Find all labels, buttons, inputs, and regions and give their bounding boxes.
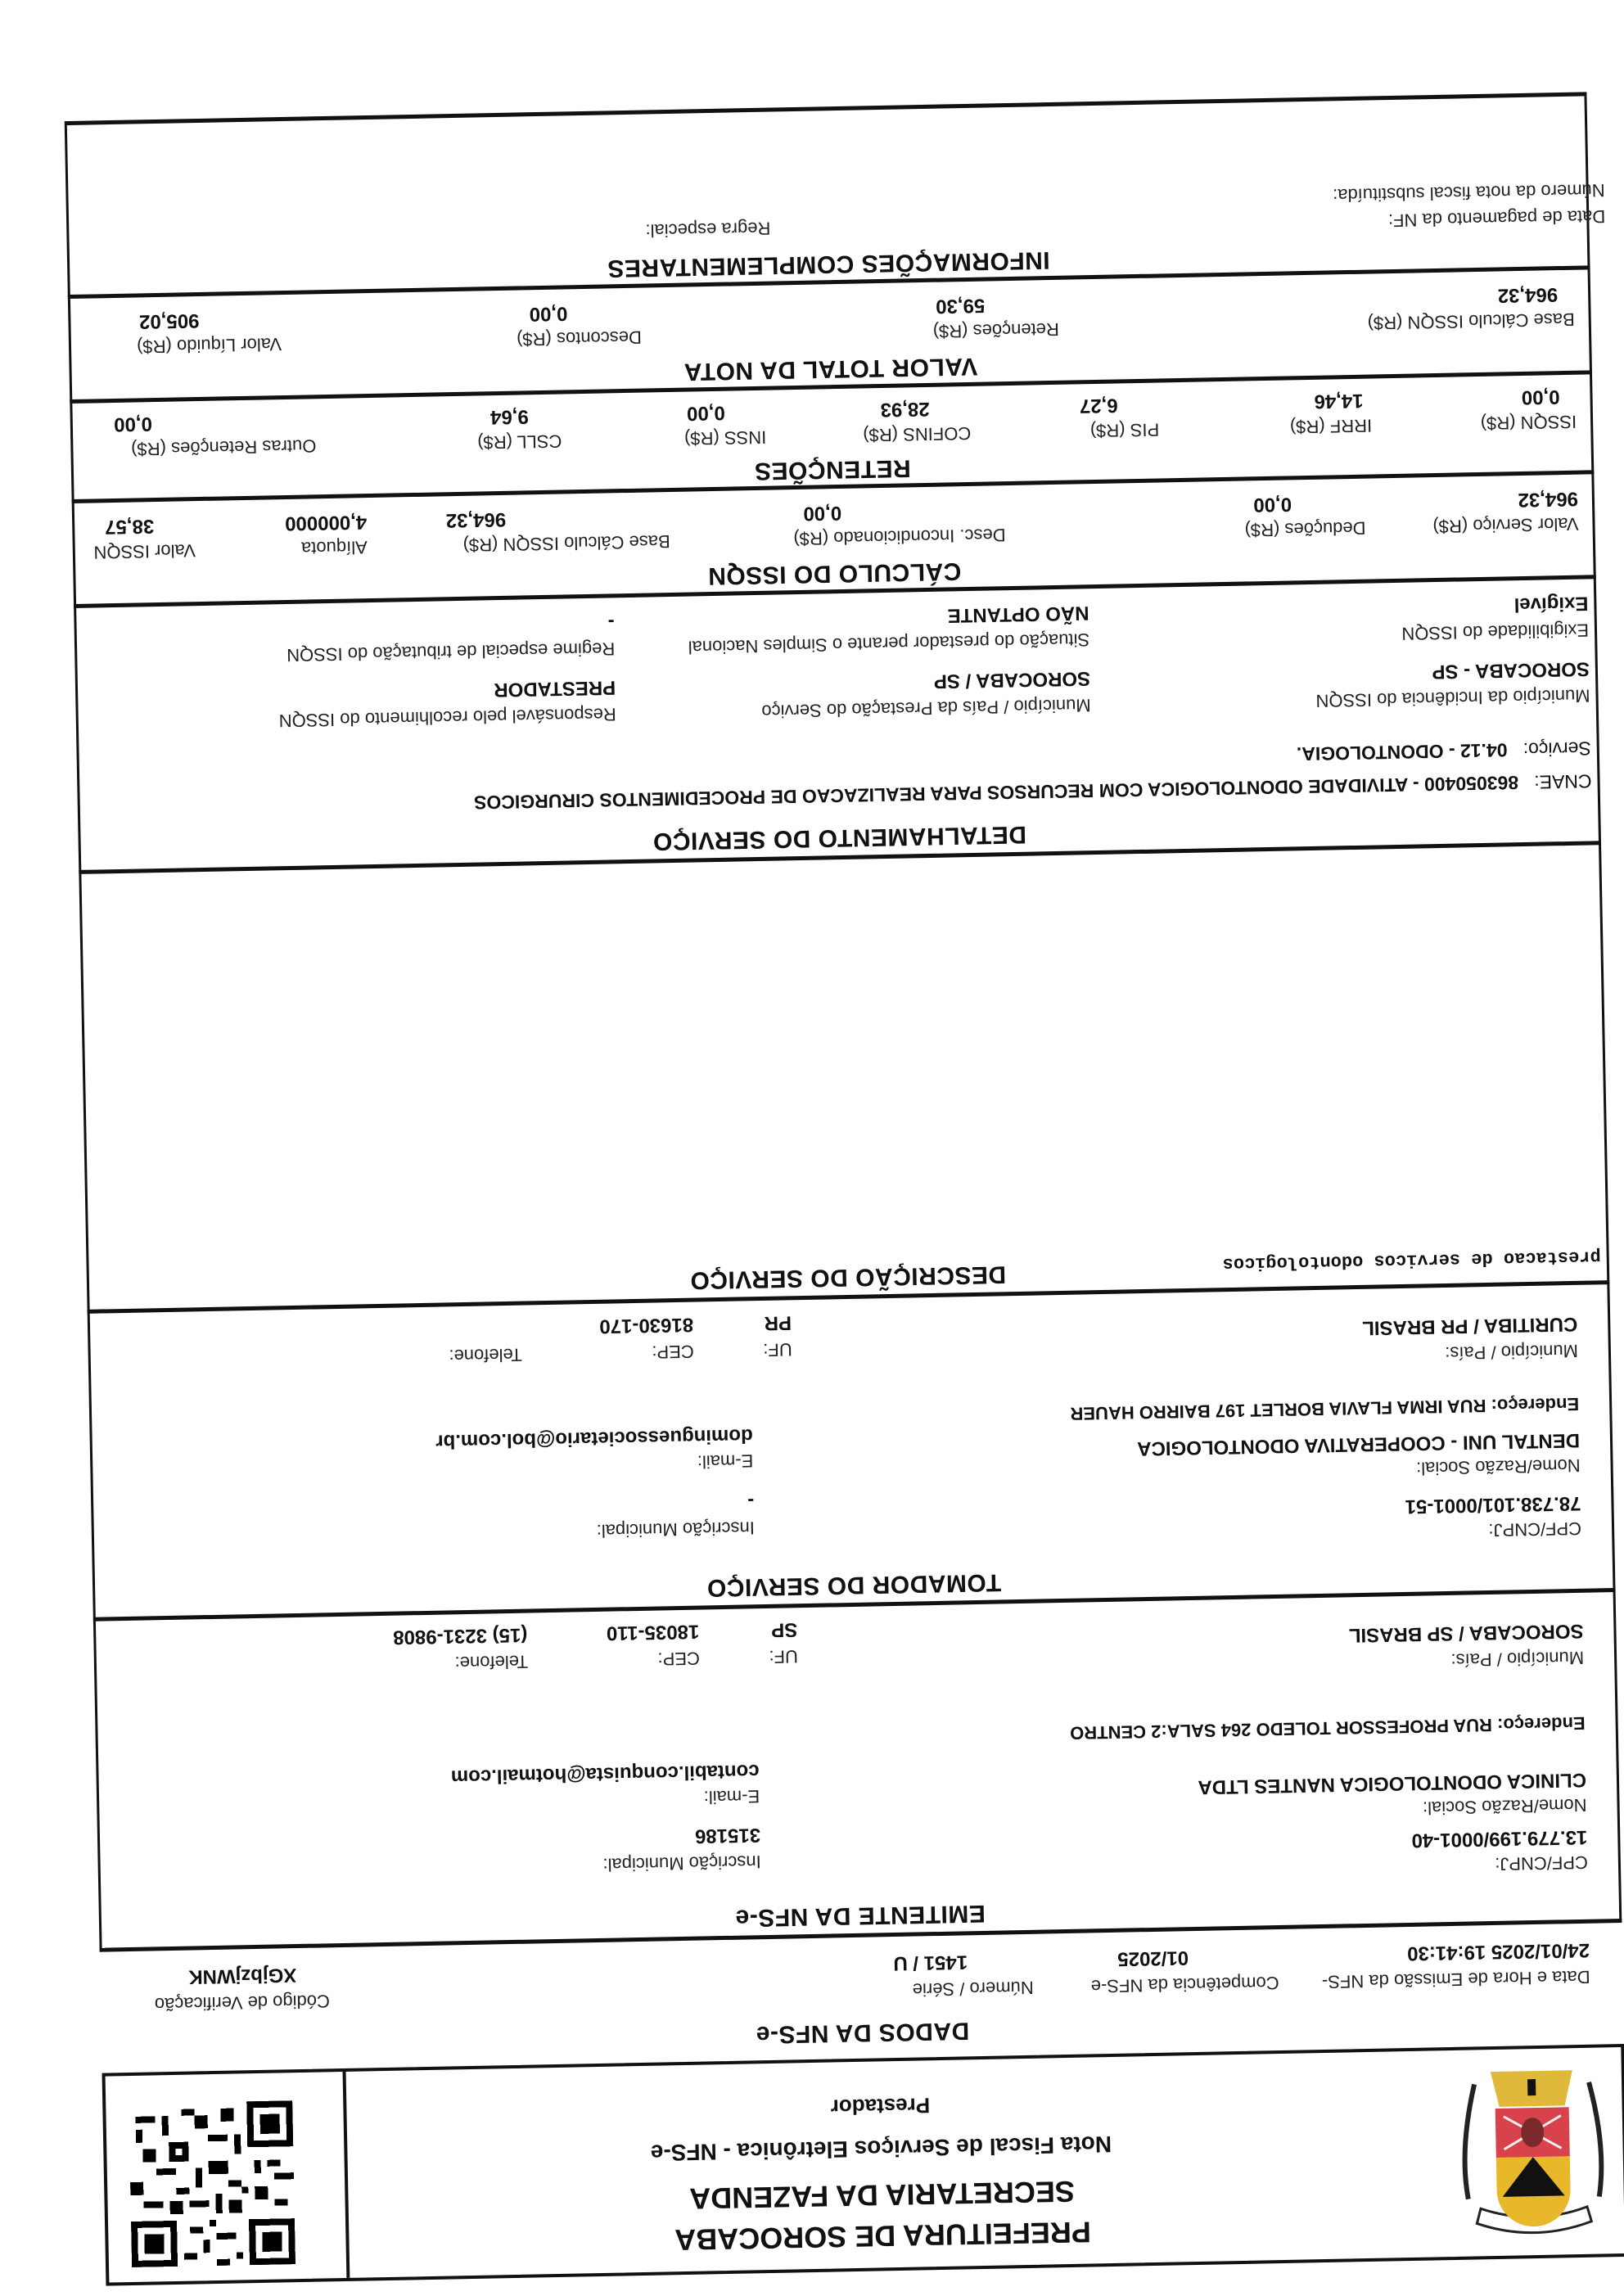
prestacao-local-value: SOROCABA / SP — [934, 666, 1091, 692]
emitente-uf-value: SP — [771, 1617, 798, 1641]
emitente-inscricao-value: 315186 — [695, 1823, 761, 1847]
responsavel-label: Responsável pelo recolhimento do ISSQN — [278, 703, 616, 731]
valor-liquido-value: 905,02 — [139, 309, 200, 332]
tomador-endereco-label: Endereço: — [1491, 1394, 1579, 1416]
emissao-value: 24/01/2025 19:41:30 — [1407, 1938, 1590, 1964]
ret-outras-label: Outras Retenções (R$) — [131, 435, 317, 459]
valor-liquido-label: Valor Líquido (R$) — [137, 333, 282, 357]
tomador-uf-value: PR — [764, 1310, 792, 1334]
scanned-page: PREFEITURA DE SOROCABA SECRETARIA DA FAZ… — [0, 0, 1624, 2296]
tomador-endereco-value: RUA IRMA FLAVIA BORLET 197 BAIRRO HAUER — [1070, 1396, 1486, 1424]
cnae-value: 863050400 - ATIVIDADE ODONTOLOGICA COM R… — [474, 772, 1519, 813]
tomador-email-value: dominguessocietario@bol.com.br — [435, 1423, 753, 1452]
emitente-email-value: contabil.conquista@hotmail.com — [451, 1759, 760, 1788]
document-role-title: Prestador — [351, 2083, 1409, 2129]
ret-issqn-label: ISSQN (R$) — [1481, 411, 1577, 434]
emitente-cnpj-value: 13.779.199/0001-40 — [1411, 1825, 1587, 1852]
data-pagamento-label: Data de pagamento da NF: — [1388, 205, 1606, 231]
document-type-title: Nota Fiscal de Serviços Eletrônica - NFS… — [352, 2125, 1410, 2172]
emitente-telefone-label: Telefone: — [454, 1651, 528, 1674]
valor-issqn-value: 38,57 — [105, 514, 155, 538]
ret-pis-value: 6,27 — [1080, 393, 1118, 417]
total-base-label: Base Cálculo ISSQN (R$) — [1367, 309, 1575, 334]
servico-label: Serviço: — [1522, 738, 1591, 760]
ret-csll-label: CSLL (R$) — [477, 431, 562, 453]
aliquota-label: Alíquota — [301, 536, 368, 559]
total-retencoes-label: Retenções (R$) — [933, 318, 1060, 342]
valor-issqn-label: Valor ISSQN — [93, 539, 196, 562]
ret-csll-value: 9,64 — [490, 404, 529, 428]
emitente-cep-label: CEP: — [657, 1648, 700, 1670]
numero-serie-label: Número / Série — [913, 1977, 1034, 2001]
tomador-inscricao-label: Inscrição Municipal: — [596, 1517, 755, 1541]
regime-especial-value: - — [607, 610, 615, 633]
simples-value: NÃO OPTANTE — [947, 601, 1089, 626]
tomador-nome-label: Nome/Razão Social: — [1416, 1455, 1581, 1479]
divider-bottom — [65, 92, 1587, 125]
emitente-nome-value: CLINICA ODONTOLOGICA NANTES LTDA — [1198, 1768, 1586, 1798]
desc-incondicionado-label: Desc. Incondicionado (R$) — [793, 524, 1006, 549]
qr-box — [106, 2072, 350, 2283]
competencia-label: Competência da NFS-e — [1091, 1972, 1279, 1996]
ret-inss-value: 0,00 — [687, 401, 725, 425]
emissao-label: Data e Hora de Emissão da NFS- — [1322, 1966, 1590, 1992]
total-descontos-value: 0,00 — [529, 301, 567, 325]
valor-servico-value: 964,32 — [1518, 487, 1578, 511]
tomador-email-label: E-mail: — [697, 1450, 754, 1472]
prestacao-local-label: Município / País da Prestação do Serviço — [761, 694, 1091, 722]
tomador-cep-value: 81630-170 — [599, 1313, 693, 1337]
emitente-municipio-label: Município / País: — [1450, 1647, 1584, 1671]
ret-cofins-value: 28,93 — [880, 397, 930, 421]
cnae-label: CNAE: — [1534, 770, 1592, 792]
qr-code-icon — [129, 2100, 295, 2267]
emitente-endereco-value: RUA PROFESSOR TOLEDO 264 SALA:2 CENTRO — [1070, 1715, 1492, 1743]
total-retencoes-value: 59,30 — [936, 294, 986, 318]
invoice-document: PREFEITURA DE SOROCABA SECRETARIA DA FAZ… — [65, 96, 1624, 2285]
invoice-header: PREFEITURA DE SOROCABA SECRETARIA DA FAZ… — [102, 2044, 1624, 2286]
responsavel-value: PRESTADOR — [494, 675, 616, 701]
tomador-cep-label: CEP: — [652, 1341, 694, 1363]
emitente-uf-label: UF: — [769, 1645, 798, 1667]
tomador-uf-label: UF: — [763, 1338, 792, 1360]
codigo-verificacao-value: XGjbzjWNK — [188, 1963, 297, 1988]
valor-servico-label: Valor Serviço (R$) — [1432, 513, 1579, 537]
emitente-cnpj-label: CPF/CNPJ: — [1495, 1852, 1588, 1874]
incidencia-value: SOROCABA - SP — [1432, 656, 1590, 683]
regime-especial-label: Regime especial de tributação do ISSQN — [286, 638, 616, 665]
tomador-inscricao-value: - — [747, 1489, 755, 1512]
tomador-cnpj-label: CPF/CNPJ: — [1488, 1518, 1581, 1540]
emitente-nome-label: Nome/Razão Social: — [1423, 1794, 1587, 1819]
emitente-telefone-value: (15) 3231-9808 — [393, 1623, 528, 1649]
tomador-endereco: Endereço: RUA IRMA FLAVIA BORLET 197 BAI… — [1070, 1393, 1579, 1424]
base-calculo-label: Base Cálculo ISSQN (R$) — [462, 530, 670, 556]
emitente-endereco: Endereço: RUA PROFESSOR TOLEDO 264 SALA:… — [1070, 1712, 1586, 1743]
ret-outras-value: 0,00 — [114, 412, 152, 435]
emitente-endereco-label: Endereço: — [1497, 1713, 1586, 1735]
nota-substituida-label: Número da nota fiscal substituída: — [1333, 179, 1605, 205]
ret-irrf-value: 14,46 — [1314, 389, 1364, 413]
ret-inss-label: INSS (R$) — [684, 426, 767, 449]
ret-irrf-label: IRRF (R$) — [1290, 415, 1373, 438]
emitente-email-label: E-mail: — [703, 1785, 760, 1807]
servico-row: Serviço: 04.12 - ODONTOLOGIA. — [1297, 737, 1591, 765]
emitente-inscricao-label: Inscrição Municipal: — [602, 1851, 761, 1875]
deducoes-label: Deduções (R$) — [1244, 517, 1365, 541]
tomador-telefone-label: Telefone: — [449, 1344, 522, 1367]
total-descontos-label: Descontos (R$) — [517, 327, 642, 350]
tomador-cnpj-value: 78.738.101/0001-51 — [1405, 1491, 1581, 1518]
base-calculo-value: 964,32 — [445, 507, 506, 531]
simples-label: Situação do prestador perante o Simples … — [688, 629, 1090, 657]
emitente-cep-value: 18035-110 — [607, 1620, 700, 1644]
ret-issqn-value: 0,00 — [1522, 385, 1560, 408]
tomador-municipio-value: CURITIBA / PR BRASIL — [1362, 1312, 1578, 1339]
servico-value: 04.12 - ODONTOLOGIA. — [1297, 739, 1508, 765]
incidencia-label: Município da Incidência do ISSQN — [1315, 684, 1590, 710]
emitente-municipio-value: SOROCABA / SP BRASIL — [1349, 1619, 1584, 1646]
cnae-row: CNAE: 863050400 - ATIVIDADE ODONTOLOGICA… — [474, 769, 1592, 813]
numero-serie-value: 1451 / U — [893, 1950, 968, 1974]
total-base-value: 964,32 — [1497, 282, 1558, 306]
exigibilidade-label: Exigibilidade do ISSQN — [1401, 619, 1589, 643]
codigo-verificacao-label: Código de Verificação — [155, 1990, 330, 2014]
deducoes-value: 0,00 — [1253, 492, 1292, 516]
ret-cofins-label: COFINS (R$) — [863, 422, 971, 446]
tomador-municipio-label: Município / País: — [1445, 1340, 1578, 1364]
regra-especial-label: Regra especial: — [645, 218, 770, 241]
coat-of-arms-icon — [1450, 2057, 1617, 2249]
aliquota-value: 4,000000 — [285, 510, 368, 535]
competencia-value: 01/2025 — [1117, 1946, 1189, 1970]
desc-incondicionado-value: 0,00 — [803, 501, 841, 525]
ret-pis-label: PIS (R$) — [1090, 418, 1160, 441]
exigibilidade-value: Exigível — [1513, 591, 1588, 616]
